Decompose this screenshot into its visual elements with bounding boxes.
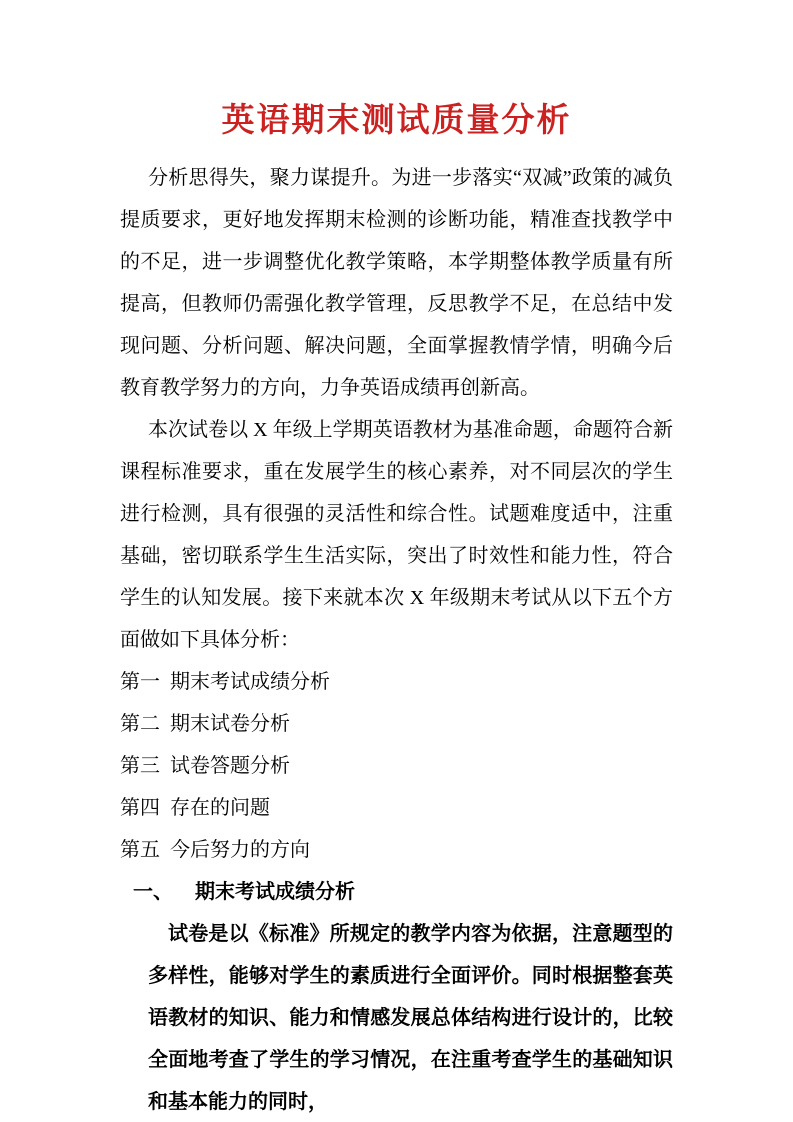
outline-item-4-text: 存在的问题 (170, 797, 270, 819)
outline-item-3: 第三试卷答题分析 (120, 745, 673, 787)
outline-item-4: 第四存在的问题 (120, 787, 673, 829)
section-heading-number: 一、 (133, 881, 173, 903)
intro-paragraph-1: 分析思得失，聚力谋提升。为进一步落实“双减”政策的减负提质要求，更好地发挥期末检… (120, 157, 673, 409)
document-page: 英语期末测试质量分析 分析思得失，聚力谋提升。为进一步落实“双减”政策的减负提质… (0, 0, 793, 1122)
outline-item-5-text: 今后努力的方向 (170, 839, 310, 861)
outline-item-2: 第二期末试卷分析 (120, 703, 673, 745)
section-heading-text: 期末考试成绩分析 (195, 881, 355, 903)
document-title: 英语期末测试质量分析 (120, 100, 673, 143)
intro-paragraph-2: 本次试卷以 X 年级上学期英语教材为基准命题，命题符合新课程标准要求，重在发展学… (120, 409, 673, 661)
outline-item-2-number: 第二 (120, 713, 160, 735)
section-heading: 一、期末考试成绩分析 (133, 871, 673, 913)
outline-list: 第一期末考试成绩分析 第二期末试卷分析 第三试卷答题分析 第四存在的问题 第五今… (120, 661, 673, 871)
outline-item-2-text: 期末试卷分析 (170, 713, 290, 735)
outline-item-1-text: 期末考试成绩分析 (170, 671, 330, 693)
outline-item-3-text: 试卷答题分析 (170, 755, 290, 777)
outline-item-1-number: 第一 (120, 671, 160, 693)
outline-item-1: 第一期末考试成绩分析 (120, 661, 673, 703)
outline-item-3-number: 第三 (120, 755, 160, 777)
outline-item-5: 第五今后努力的方向 (120, 829, 673, 871)
outline-item-4-number: 第四 (120, 797, 160, 819)
outline-item-5-number: 第五 (120, 839, 160, 861)
section-body-paragraph: 试卷是以《标准》所规定的教学内容为依据，注意题型的多样性，能够对学生的素质进行全… (148, 913, 673, 1122)
